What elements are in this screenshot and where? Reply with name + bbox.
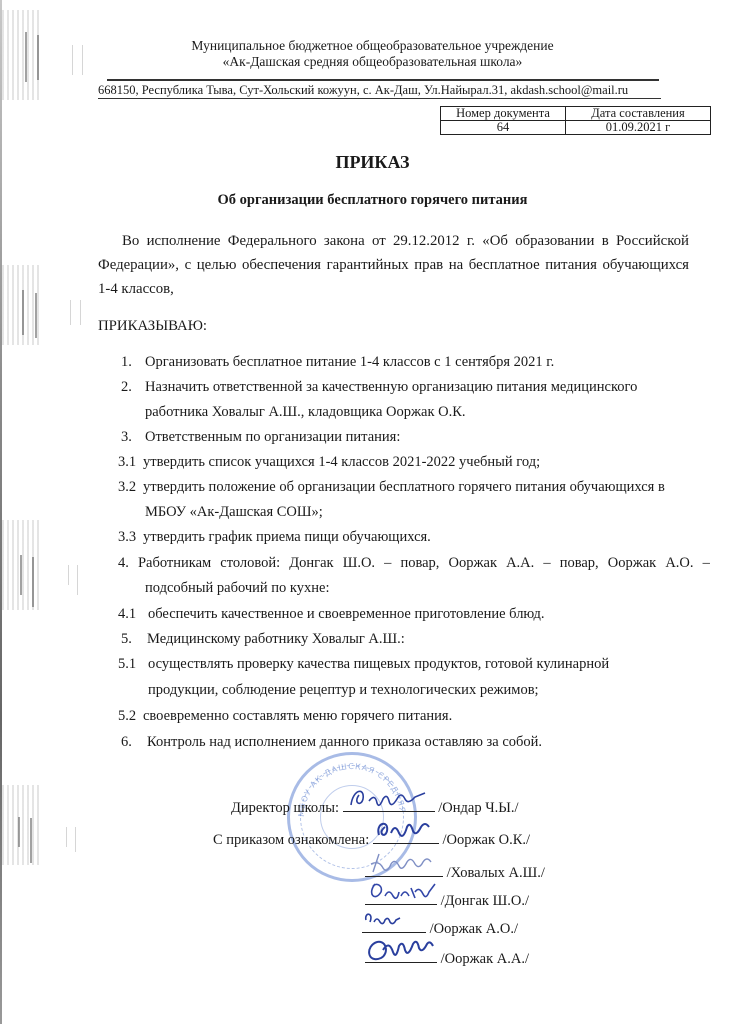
preamble-line-3: 1-4 классов, [98, 281, 174, 298]
organization-name-line2: «Ак-Дашская средняя общеобразовательная … [0, 54, 745, 70]
acknowledgement-label: С приказом ознакомлена: [213, 832, 369, 848]
scanned-document-page: Муниципальное бюджетное общеобразователь… [0, 0, 745, 1024]
list-item: 5.Медицинскому работнику Ховалыг А.Ш.: [121, 631, 405, 648]
list-item: 3.3утвердить график приема пищи обучающи… [118, 529, 431, 546]
scan-streak [75, 827, 76, 852]
acknowledgement-row: /Ооржак А.А./ [365, 948, 529, 968]
doc-number-value: 64 [441, 121, 566, 135]
preamble-line-2: Федерации»,сцельюобеспечениягарантийныхп… [98, 257, 689, 274]
list-item: 6.Контроль над исполнением данного прика… [121, 734, 542, 751]
scan-streak [30, 818, 32, 863]
document-title: ПРИКАЗ [0, 152, 745, 173]
scan-streak [66, 827, 67, 847]
director-name: /Ондар Ч.Ы./ [438, 800, 518, 816]
list-item: 3.2утвердить положение об организации бе… [118, 479, 665, 496]
acknowledged-name: /Ооржак О.К./ [443, 832, 531, 848]
organization-name-line1: Муниципальное бюджетное общеобразователь… [0, 38, 745, 54]
document-info-table: Номер документа Дата составления 64 01.0… [440, 106, 711, 135]
signature-line [365, 948, 437, 963]
scan-streak [77, 565, 78, 595]
list-item: 4.1обеспечить качественное и своевременн… [118, 606, 545, 623]
scan-streak [70, 300, 71, 325]
list-item: 3.Ответственным по организации питания: [121, 429, 400, 446]
director-signature-line [343, 797, 435, 812]
acknowledged-name: /Ховалых А.Ш./ [447, 865, 545, 881]
handwritten-signature-icon [362, 906, 402, 930]
header-rule-bottom [98, 98, 661, 99]
acknowledged-name: /Ооржак А.А./ [441, 951, 529, 967]
acknowledged-name: /Ооржак А.О./ [430, 921, 518, 937]
scan-streak [32, 557, 34, 607]
acknowledged-name: /Донгак Ш.О./ [441, 893, 529, 909]
table-header-row: Номер документа Дата составления [441, 107, 711, 121]
document-subtitle: Об организации бесплатного горячего пита… [0, 192, 745, 209]
preamble-line-1: ВоисполнениеФедеральногозаконаот29.12.20… [122, 233, 689, 250]
scan-streak [80, 300, 81, 325]
list-item-continuation: работника Ховалыг А.Ш., кладовщика Ооржа… [145, 404, 466, 421]
handwritten-signature-icon [365, 850, 443, 878]
list-item: 2.Назначить ответственной за качественну… [121, 379, 637, 396]
organization-address: 668150, Республика Тыва, Сут-Хольский ко… [98, 83, 628, 98]
signature-line [362, 918, 426, 933]
doc-date-header: Дата составления [566, 107, 711, 121]
list-item: 3.1утвердить список учащихся 1-4 классов… [118, 454, 540, 471]
scan-streak [22, 290, 24, 335]
list-item-continuation: МБОУ «Ак-Дашская СОШ»; [145, 504, 323, 521]
scan-streak [18, 817, 20, 847]
signature-line [373, 829, 439, 844]
scan-streak [35, 293, 37, 338]
list-item: 5.2своевременно составлять меню горячего… [118, 708, 452, 725]
signature-line [365, 890, 437, 905]
director-label: Директор школы: [231, 800, 339, 816]
handwritten-signature-icon [373, 817, 439, 843]
list-item: 5.1осуществлять проверку качества пищевы… [118, 656, 609, 673]
scan-smudge [2, 520, 42, 610]
order-word: ПРИКАЗЫВАЮ: [98, 318, 207, 335]
handwritten-signature-icon [365, 936, 441, 966]
acknowledgement-row: С приказом ознакомлена: /Ооржак О.К./ [213, 829, 530, 849]
doc-number-header: Номер документа [441, 107, 566, 121]
acknowledgement-row: /Ооржак А.О./ [362, 918, 518, 938]
signature-line [365, 862, 443, 877]
scan-smudge [2, 785, 42, 865]
handwritten-signature-icon [365, 878, 437, 906]
list-item: 4.Работникамстоловой:ДонгакШ.О.–повар,Оо… [118, 555, 710, 572]
scan-streak [68, 565, 69, 585]
scan-streak [20, 555, 22, 595]
director-signature-row: Директор школы: /Ондар Ч.Ы./ [231, 797, 519, 817]
table-row: 64 01.09.2021 г [441, 121, 711, 135]
list-item: 1.Организовать бесплатное питание 1-4 кл… [121, 354, 554, 371]
list-item-continuation: подсобный рабочий по кухне: [145, 580, 330, 597]
doc-date-value: 01.09.2021 г [566, 121, 711, 135]
header-rule-top [107, 79, 659, 81]
list-item-continuation: продукции, соблюдение рецептур и техноло… [148, 682, 539, 699]
handwritten-signature-icon [343, 785, 433, 811]
